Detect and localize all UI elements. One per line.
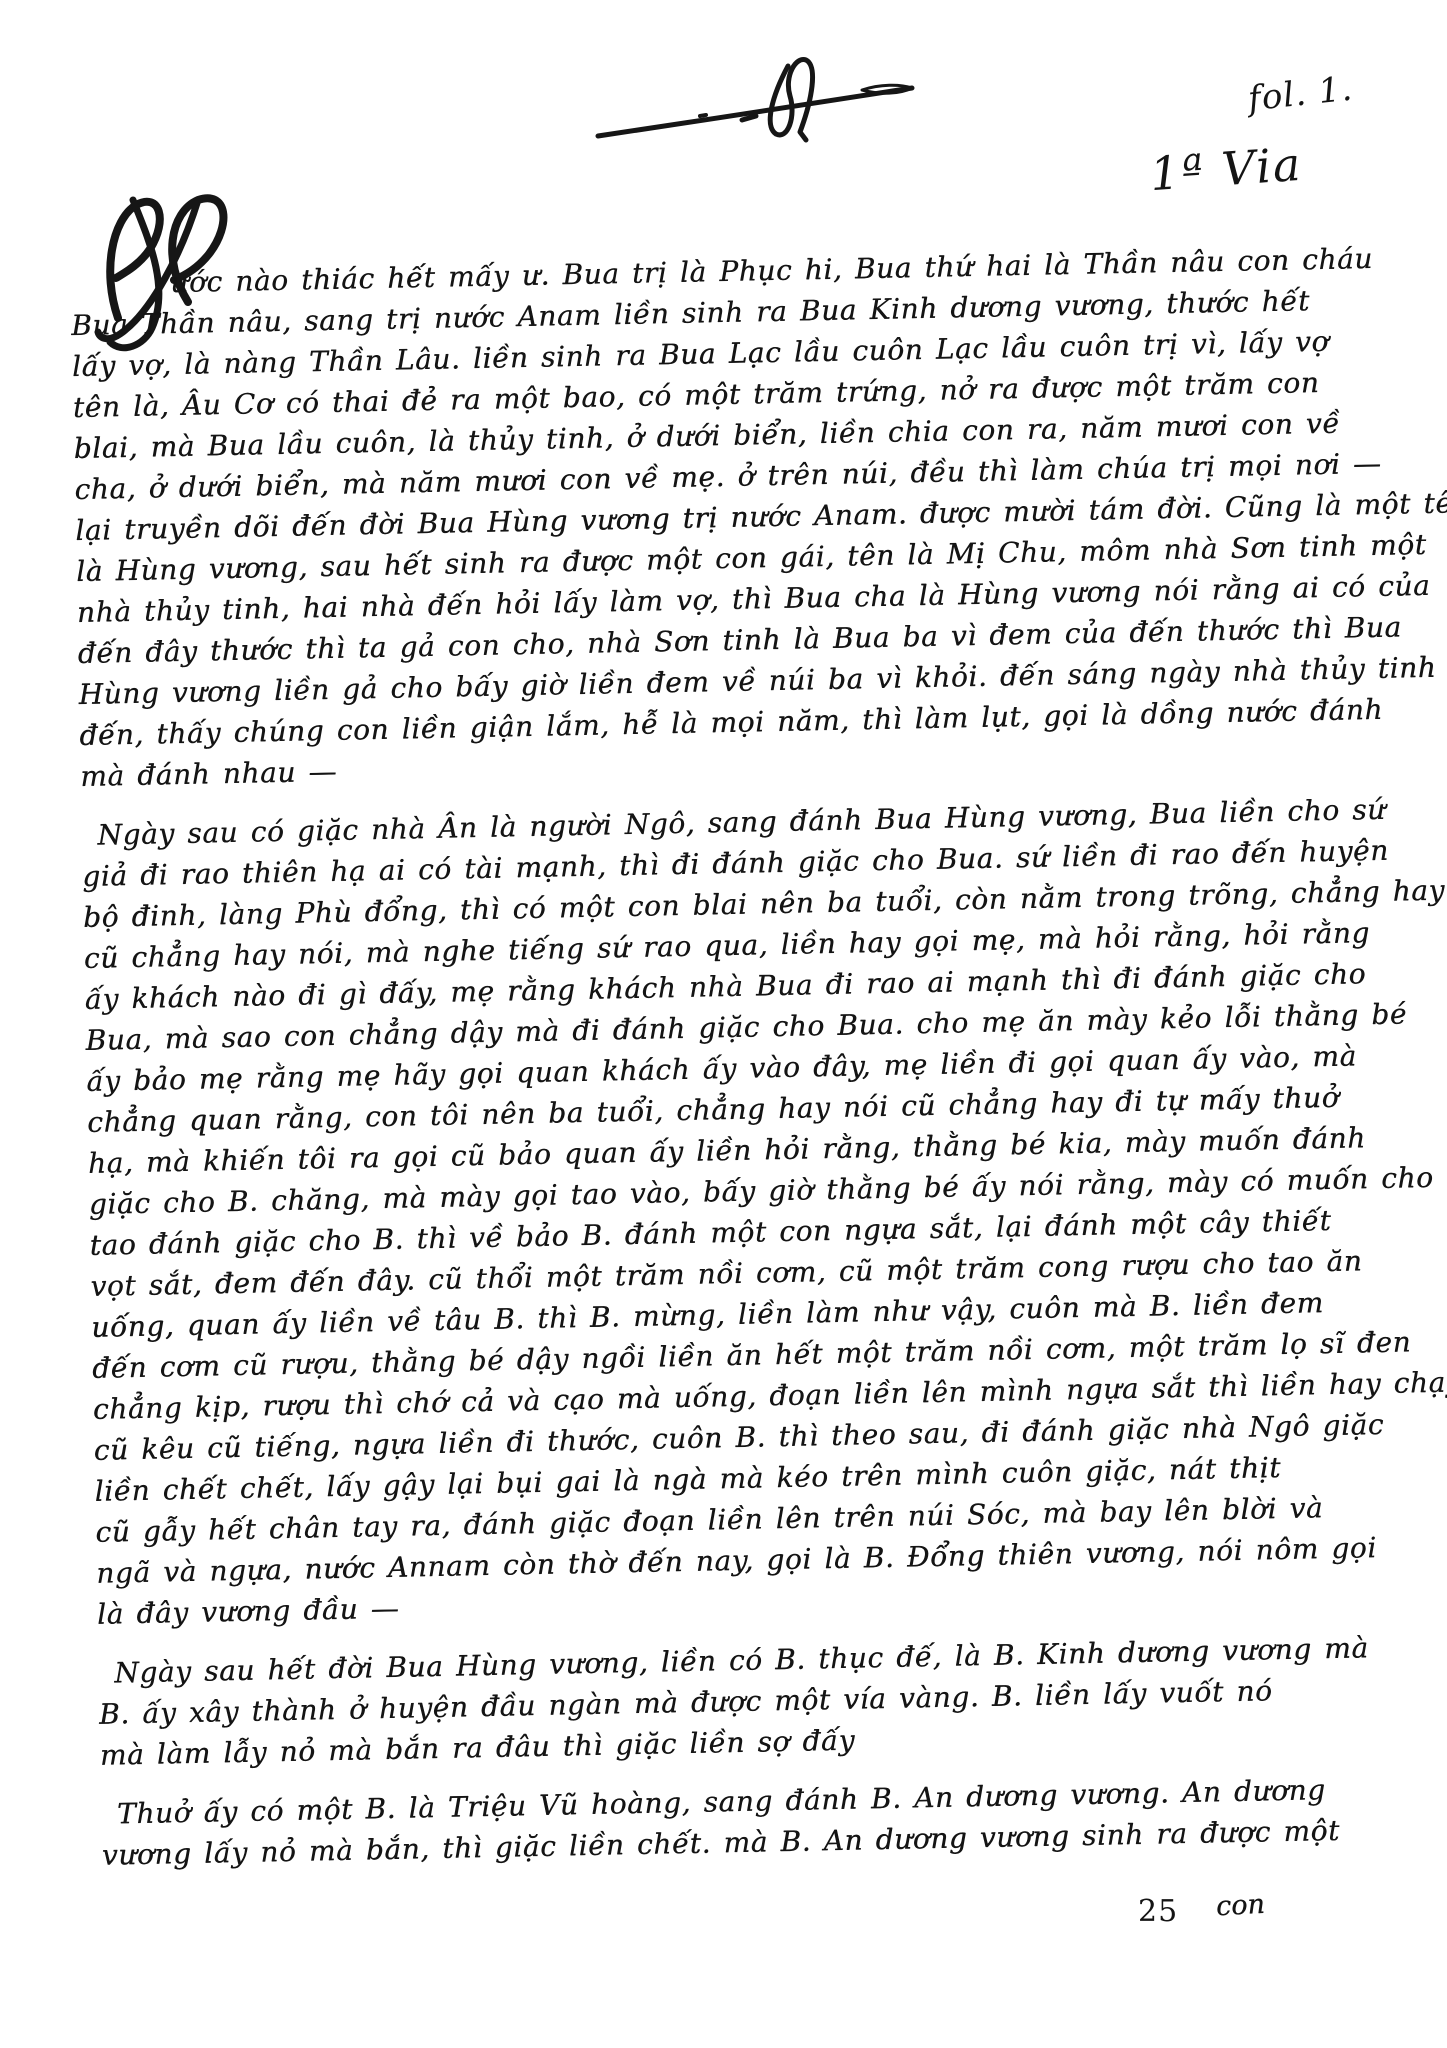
strike-flourish-icon [598, 59, 912, 140]
paragraph-trieu-vu-hoang: Thuở ấy có một B. là Triệu Vũ hoàng, san… [101, 1767, 1438, 1876]
page-number: 25 [1138, 1894, 1178, 1929]
manuscript-text: ước nào thiác hết mấy ư. Bua trị là Phục… [70, 237, 1438, 1875]
copy-label: 1ª Via [1148, 137, 1304, 201]
catchword: con [1215, 1889, 1265, 1923]
manuscript-page: fol. 1. 1ª Via ước nào thiác hết mấy ư. … [0, 0, 1447, 2048]
paragraph-phu-dong-story: Ngày sau có giặc nhà Ân là người Ngô, sa… [81, 788, 1433, 1635]
paragraph-creation-legend: ước nào thiác hết mấy ư. Bua trị là Phục… [70, 237, 1416, 797]
paragraph-thuc-de: Ngày sau hết đời Bua Hùng vương, liền có… [98, 1626, 1436, 1776]
folio-number: fol. 1. [1246, 69, 1355, 120]
